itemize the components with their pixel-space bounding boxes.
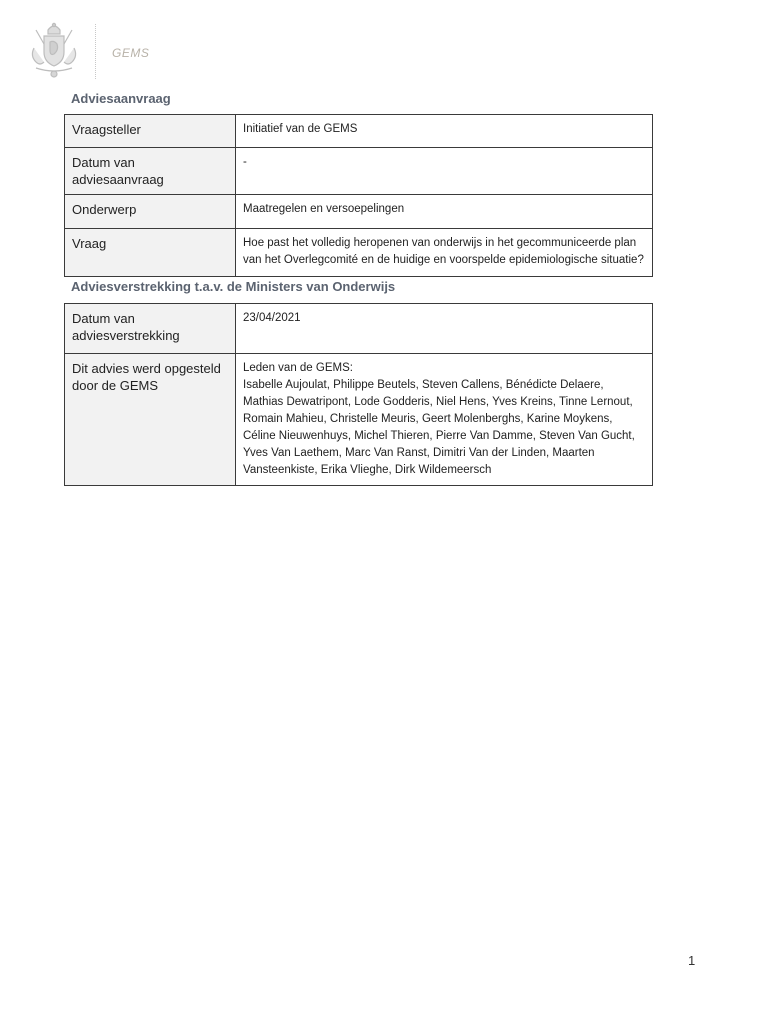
members-heading: Leden van de GEMS: (243, 360, 645, 377)
row-value: Hoe past het volledig heropenen van onde… (236, 229, 653, 277)
row-value: Initiatief van de GEMS (236, 115, 653, 148)
row-value: 23/04/2021 (236, 304, 653, 354)
row-value-members: Leden van de GEMS: Isabelle Aujoulat, Ph… (236, 354, 653, 486)
row-label: Datum van adviesverstrekking (65, 304, 236, 354)
table-row: Datum van adviesaanvraag - (65, 148, 653, 195)
table-row: Vraagsteller Initiatief van de GEMS (65, 115, 653, 148)
coat-of-arms-icon (26, 22, 82, 80)
section-title-request: Adviesaanvraag (71, 91, 171, 106)
table-row: Onderwerp Maatregelen en versoepelingen (65, 195, 653, 229)
row-label: Datum van adviesaanvraag (65, 148, 236, 195)
table-row: Datum van adviesverstrekking 23/04/2021 (65, 304, 653, 354)
page-number: 1 (688, 953, 695, 968)
delivery-table: Datum van adviesverstrekking 23/04/2021 … (64, 303, 653, 486)
section-title-delivery: Adviesverstrekking t.a.v. de Ministers v… (71, 279, 395, 294)
page-header: GEMS (0, 0, 767, 90)
row-value: - (236, 148, 653, 195)
row-label: Onderwerp (65, 195, 236, 229)
row-value: Maatregelen en versoepelingen (236, 195, 653, 229)
org-name: GEMS (112, 46, 149, 60)
request-table: Vraagsteller Initiatief van de GEMS Datu… (64, 114, 653, 277)
row-label: Vraag (65, 229, 236, 277)
header-divider (95, 24, 96, 79)
members-list: Isabelle Aujoulat, Philippe Beutels, Ste… (243, 377, 645, 479)
table-row: Vraag Hoe past het volledig heropenen va… (65, 229, 653, 277)
row-label: Dit advies werd opgesteld door de GEMS (65, 354, 236, 486)
row-label: Vraagsteller (65, 115, 236, 148)
table-row: Dit advies werd opgesteld door de GEMS L… (65, 354, 653, 486)
